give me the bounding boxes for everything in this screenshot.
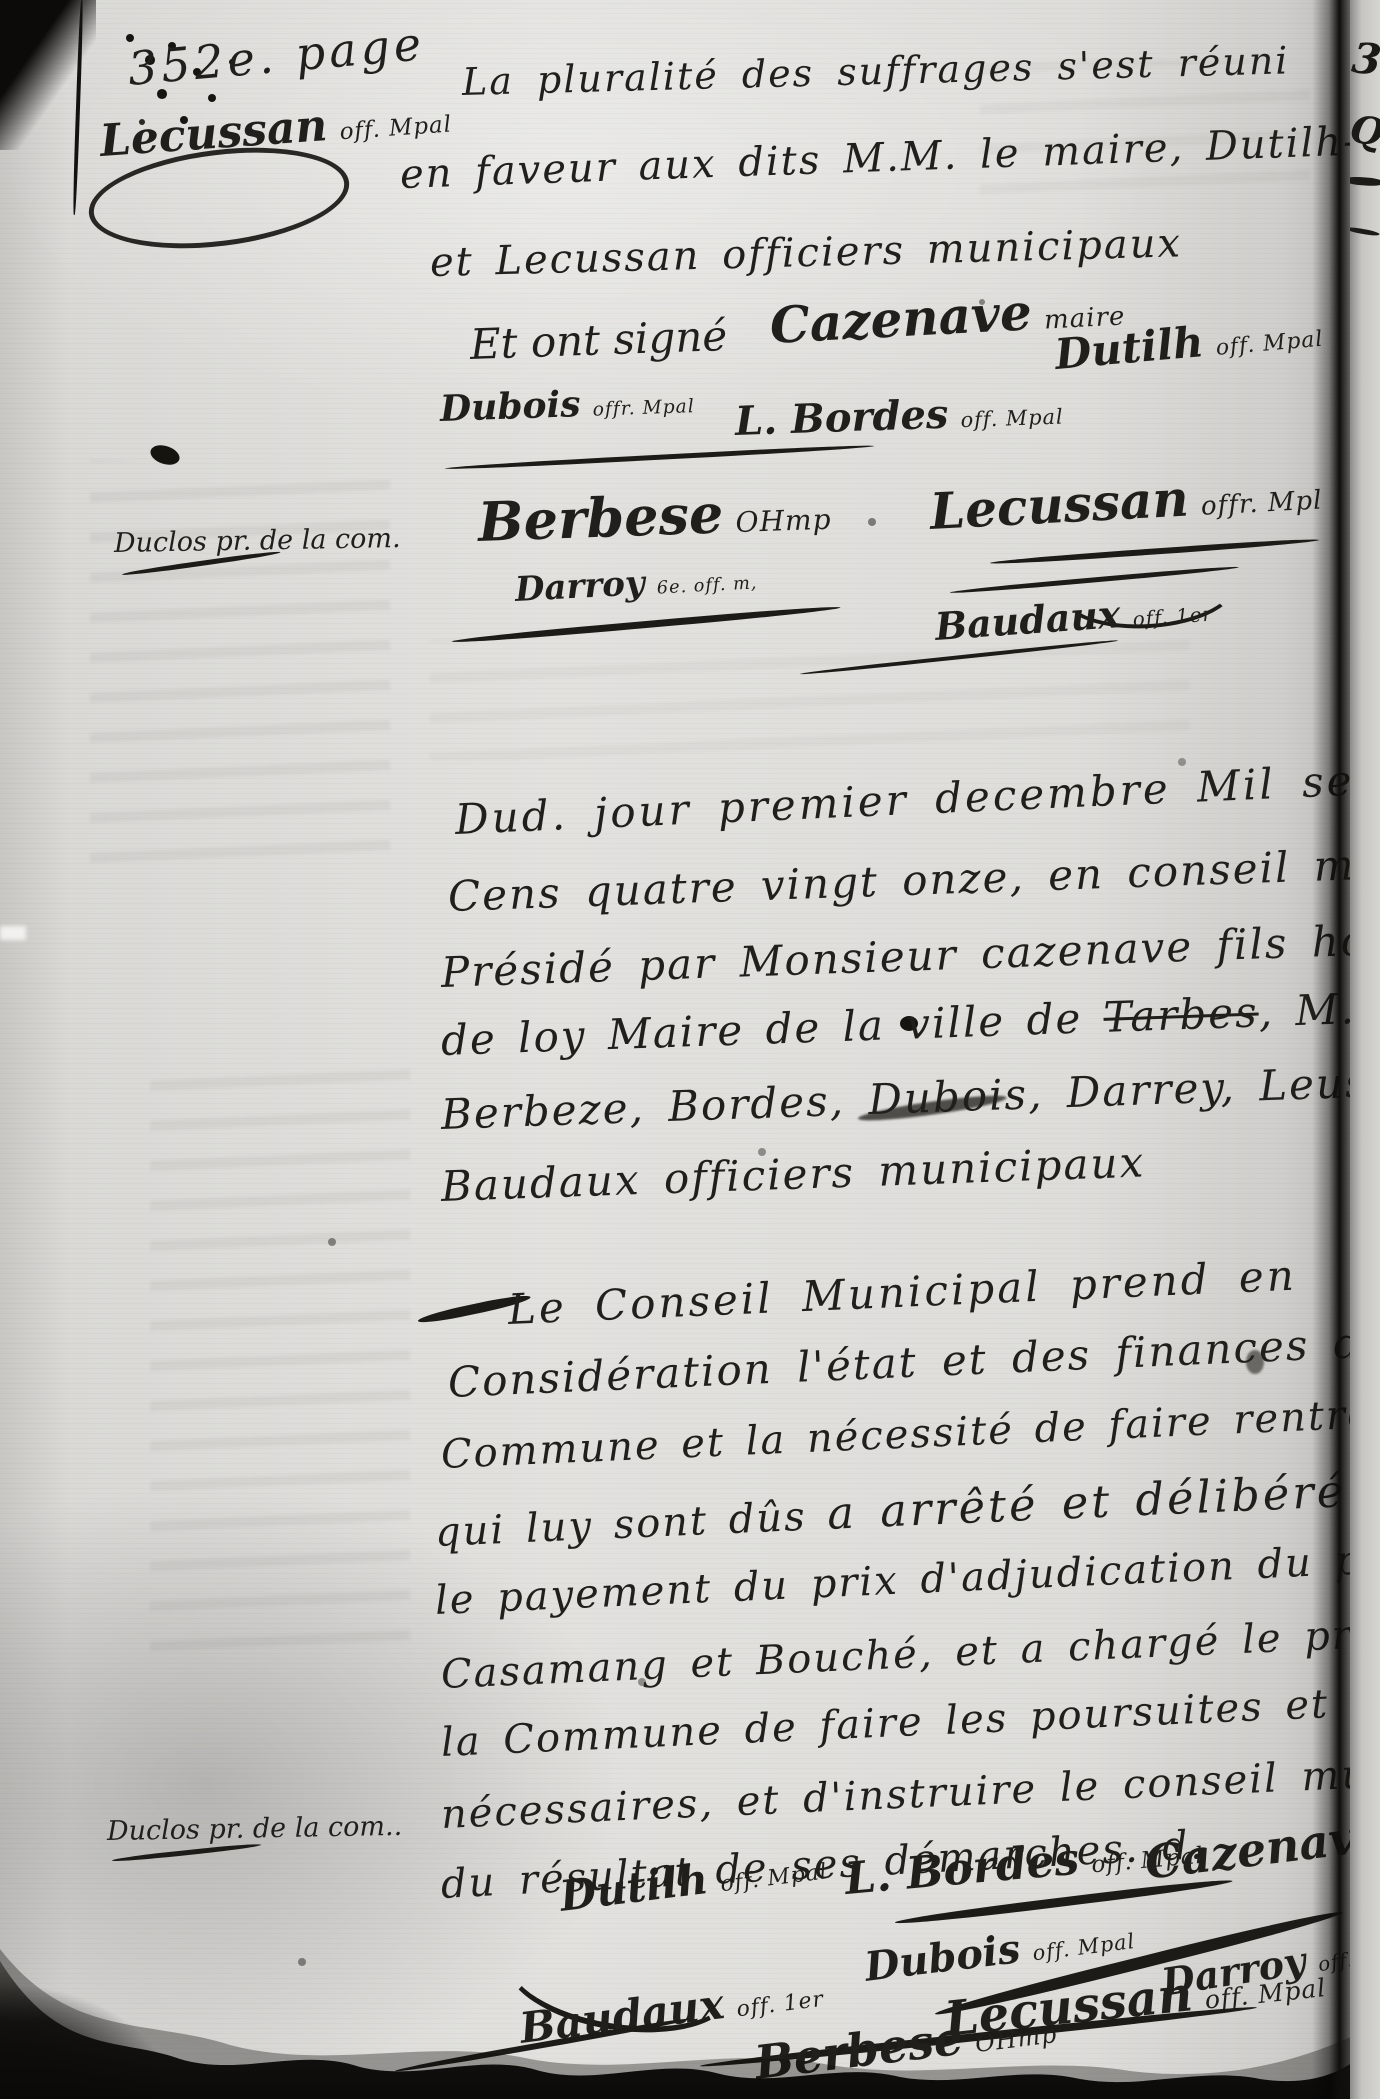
bottom-page-shadow: [0, 1919, 1380, 2099]
signature-flourish-line: [445, 443, 875, 470]
manuscript-line: Cens quatre vingt onze, en conseil munic…: [447, 834, 1380, 921]
manuscript-line: Présidé par Monsieur cazenave fils homme: [440, 912, 1380, 997]
manuscript-line: Le Conseil Municipal prend en: [507, 1251, 1298, 1334]
signature-name: Darroy: [514, 563, 646, 610]
signature-title: off. Mpal: [960, 405, 1064, 433]
signature-title: off. Mpal: [339, 111, 453, 145]
manuscript-scan-page: 352e. page Lecussanoff. Mpal La pluralit…: [0, 0, 1380, 2099]
signature-name: Cazenave: [768, 282, 1033, 355]
signed-label: Et ont signé: [469, 311, 728, 369]
line-fragment: de loy Maire de la ville de: [440, 993, 1104, 1065]
signature-name: L. Bordes: [734, 391, 949, 445]
signature-title: offr. Mpl: [1200, 485, 1323, 521]
facing-page-number-partial: 35: [1350, 33, 1380, 88]
manuscript-line: Berbeze, Bordes, Dubois, Darrey, Leussan…: [440, 1052, 1380, 1139]
signature-name: Lecussan: [928, 468, 1190, 540]
facing-page-ink-mark: [1350, 226, 1380, 237]
ink-bleedthrough: [430, 640, 1190, 760]
signature-title: 6e. off. m,: [656, 573, 758, 598]
signature-darroy-mid: Darroy6e. off. m,: [514, 557, 758, 610]
facing-page-ink-mark: [1350, 176, 1380, 187]
margin-note-procureur-lower: Duclos pr. de la com..: [107, 1811, 403, 1847]
manuscript-line: et Lecussan officiers municipaux: [429, 220, 1182, 286]
page-number-annotation: 352e. page: [126, 16, 427, 96]
signature-name: Berbese: [477, 481, 724, 554]
signature-title: offr. Mpal: [592, 396, 695, 421]
signature-bordes: L. Bordesoff. Mpal: [734, 387, 1064, 445]
manuscript-line: Baudaux officiers municipaux: [440, 1137, 1146, 1211]
line-fragment: qui luy sont dûs: [434, 1493, 828, 1556]
signature-title: off. 1er: [1132, 603, 1213, 632]
signature-lecussan-mid: Lecussanoffr. Mpl: [928, 462, 1323, 541]
signature-title: off. Mpal: [1090, 1843, 1204, 1879]
facing-page-word-partial: Qua: [1350, 106, 1380, 164]
struck-word: Tarbes: [1103, 987, 1260, 1041]
signature-flourish-line: [452, 604, 841, 645]
signature-dubois: Duboisoffr. Mpal: [439, 379, 695, 430]
binding-gutter-shadow: [1312, 0, 1350, 2099]
signature-title: off. Mpal: [1215, 327, 1324, 361]
manuscript-line: Dud. jour premier decembre Mil sept: [454, 754, 1380, 844]
signature-title: off. Mpal: [719, 1859, 829, 1897]
signature-berbese: BerbeseOHmp: [477, 478, 832, 554]
fold-highlight: [0, 926, 26, 940]
signature-title: OHmp: [735, 503, 832, 539]
ink-bleedthrough: [150, 1050, 410, 1670]
signature-name: Dubois: [439, 383, 581, 430]
facing-page-sliver: 35 Qua: [1350, 0, 1380, 2099]
line-fragment-emphasized: a arrêté et délibéré d'exiger: [826, 1454, 1380, 1540]
